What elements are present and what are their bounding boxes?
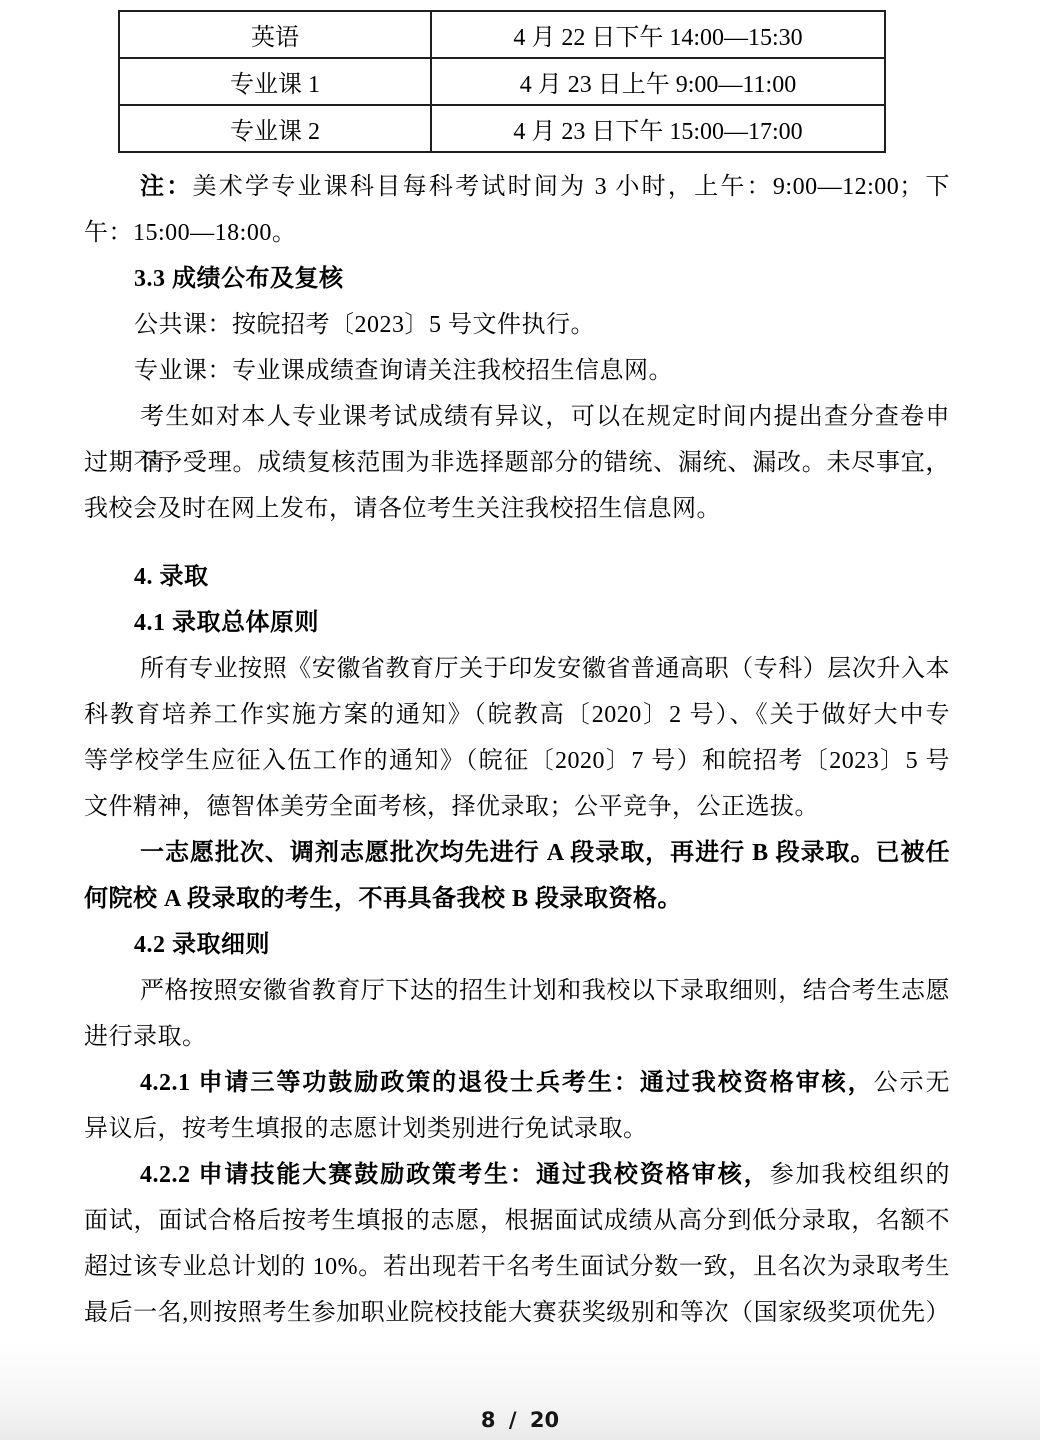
time-cell: 4 月 23 日下午 15:00—17:00: [431, 105, 885, 152]
bold-text-run: 4.2.2 申请技能大赛鼓励政策考生：通过我校资格审核，: [140, 1162, 770, 1188]
document-page: 英语4 月 22 日下午 14:00—15:30专业课 14 月 23 日上午 …: [0, 0, 1040, 1440]
subject-cell: 专业课 1: [119, 58, 431, 105]
heading-4: 4. 录取: [84, 554, 950, 600]
bold-text-run: 3.3 成绩公布及复核: [134, 266, 344, 292]
text-run: 过期不予受理。成绩复核范围为非选择题部分的错统、漏统、漏改。未尽事宜，: [84, 450, 950, 476]
major-course-line: 专业课：专业课成绩查询请关注我校招生信息网。: [84, 348, 950, 394]
text-run: 公示无: [874, 1070, 950, 1096]
text-run: 公共课：按皖招考〔2023〕5 号文件执行。: [134, 312, 595, 338]
text-run: 所有专业按照《安徽省教育厅关于印发安徽省普通高职（专科）层次升入本: [140, 656, 950, 682]
text-run: 专业课：专业课成绩查询请关注我校招生信息网。: [134, 358, 673, 384]
heading-4-2: 4.2 录取细则: [84, 922, 950, 968]
text-run: 严格按照安徽省教育厅下达的招生计划和我校以下录取细则，结合考生志愿: [140, 978, 950, 1004]
rules-para-line-2: 进行录取。: [84, 1014, 950, 1060]
admission-para-line-1: 所有专业按照《安徽省教育厅关于印发安徽省普通高职（专科）层次升入本: [84, 646, 950, 692]
table-row: 专业课 24 月 23 日下午 15:00—17:00: [119, 105, 885, 152]
admission-para-line-2: 科教育培养工作实施方案的通知》（皖教高〔2020〕2 号）、《关于做好大中专: [84, 692, 950, 738]
table-row: 英语4 月 22 日下午 14:00—15:30: [119, 11, 885, 58]
batch-bold-line-1: 一志愿批次、调剂志愿批次均先进行 A 段录取，再进行 B 段录取。已被任: [84, 830, 950, 876]
bold-text-run: 4.2.1 申请三等功鼓励政策的退役士兵考生：通过我校资格审核，: [140, 1070, 874, 1096]
text-run: 面试，面试合格后按考生填报的志愿，根据面试成绩从高分到低分录取，名额不: [84, 1208, 950, 1234]
note-line-2: 午：15:00—18:00。: [84, 210, 950, 256]
exam-schedule-table: 英语4 月 22 日下午 14:00—15:30专业课 14 月 23 日上午 …: [118, 10, 886, 153]
heading-4-1: 4.1 录取总体原则: [84, 600, 950, 646]
page-number-indicator: 8 / 20: [0, 1408, 1040, 1432]
review-para-line-1: 考生如对本人专业课考试成绩有异议，可以在规定时间内提出查分查卷申请，: [84, 394, 950, 440]
public-course-line: 公共课：按皖招考〔2023〕5 号文件执行。: [84, 302, 950, 348]
bold-text-run: 注：: [140, 174, 193, 200]
subject-cell: 英语: [119, 11, 431, 58]
exam-schedule-rows: 英语4 月 22 日下午 14:00—15:30专业课 14 月 23 日上午 …: [119, 11, 885, 152]
text-run: 文件精神，德智体美劳全面考核，择优录取；公平竞争，公正选拔。: [84, 794, 819, 820]
time-cell: 4 月 22 日下午 14:00—15:30: [431, 11, 885, 58]
table-row: 专业课 14 月 23 日上午 9:00—11:00: [119, 58, 885, 105]
text-run: 异议后，按考生填报的志愿计划类别进行免试录取。: [84, 1116, 648, 1142]
text-run: 科教育培养工作实施方案的通知》（皖教高〔2020〕2 号）、《关于做好大中专: [84, 702, 950, 728]
review-para-line-3: 我校会及时在网上发布，请各位考生关注我校招生信息网。: [84, 486, 950, 532]
rule-421-line-1: 4.2.1 申请三等功鼓励政策的退役士兵考生：通过我校资格审核，公示无: [84, 1060, 950, 1106]
text-run: 美术学专业课科目每科考试时间为 3 小时，上午：9:00—12:00；下: [193, 174, 950, 200]
text-run: 参加我校组织的: [770, 1162, 950, 1188]
text-run: 进行录取。: [84, 1024, 207, 1050]
review-para-line-2: 过期不予受理。成绩复核范围为非选择题部分的错统、漏统、漏改。未尽事宜，: [84, 440, 950, 486]
document-body: 注：美术学专业课科目每科考试时间为 3 小时，上午：9:00—12:00；下午：…: [84, 164, 950, 1336]
rule-422-line-2: 面试，面试合格后按考生填报的志愿，根据面试成绩从高分到低分录取，名额不: [84, 1198, 950, 1244]
text-run: 最后一名,则按照考生参加职业院校技能大赛获奖级别和等次（国家级奖项优先）: [84, 1300, 950, 1326]
bold-text-run: 一志愿批次、调剂志愿批次均先进行 A 段录取，再进行 B 段录取。已被任: [140, 840, 950, 866]
text-run: 等学校学生应征入伍工作的通知》（皖征〔2020〕7 号）和皖招考〔2023〕5 …: [84, 748, 950, 774]
batch-bold-line-2: 何院校 A 段录取的考生，不再具备我校 B 段录取资格。: [84, 876, 950, 922]
subject-cell: 专业课 2: [119, 105, 431, 152]
text-run: 超过该专业总计划的 10%。若出现若干名考生面试分数一致，且名次为录取考生: [84, 1254, 950, 1280]
rule-422-line-3: 超过该专业总计划的 10%。若出现若干名考生面试分数一致，且名次为录取考生: [84, 1244, 950, 1290]
note-line-1: 注：美术学专业课科目每科考试时间为 3 小时，上午：9:00—12:00；下: [84, 164, 950, 210]
bold-text-run: 何院校 A 段录取的考生，不再具备我校 B 段录取资格。: [84, 886, 682, 912]
rules-para-line-1: 严格按照安徽省教育厅下达的招生计划和我校以下录取细则，结合考生志愿: [84, 968, 950, 1014]
time-cell: 4 月 23 日上午 9:00—11:00: [431, 58, 885, 105]
admission-para-line-4: 文件精神，德智体美劳全面考核，择优录取；公平竞争，公正选拔。: [84, 784, 950, 830]
bold-text-run: 4.1 录取总体原则: [134, 610, 319, 636]
heading-3-3: 3.3 成绩公布及复核: [84, 256, 950, 302]
text-run: 我校会及时在网上发布，请各位考生关注我校招生信息网。: [84, 496, 721, 522]
rule-422-line-4: 最后一名,则按照考生参加职业院校技能大赛获奖级别和等次（国家级奖项优先）: [84, 1290, 950, 1336]
rule-422-line-1: 4.2.2 申请技能大赛鼓励政策考生：通过我校资格审核，参加我校组织的: [84, 1152, 950, 1198]
text-run: 午：15:00—18:00。: [84, 220, 296, 246]
rule-421-line-2: 异议后，按考生填报的志愿计划类别进行免试录取。: [84, 1106, 950, 1152]
admission-para-line-3: 等学校学生应征入伍工作的通知》（皖征〔2020〕7 号）和皖招考〔2023〕5 …: [84, 738, 950, 784]
bold-text-run: 4.2 录取细则: [134, 932, 270, 958]
bold-text-run: 4. 录取: [134, 564, 209, 590]
